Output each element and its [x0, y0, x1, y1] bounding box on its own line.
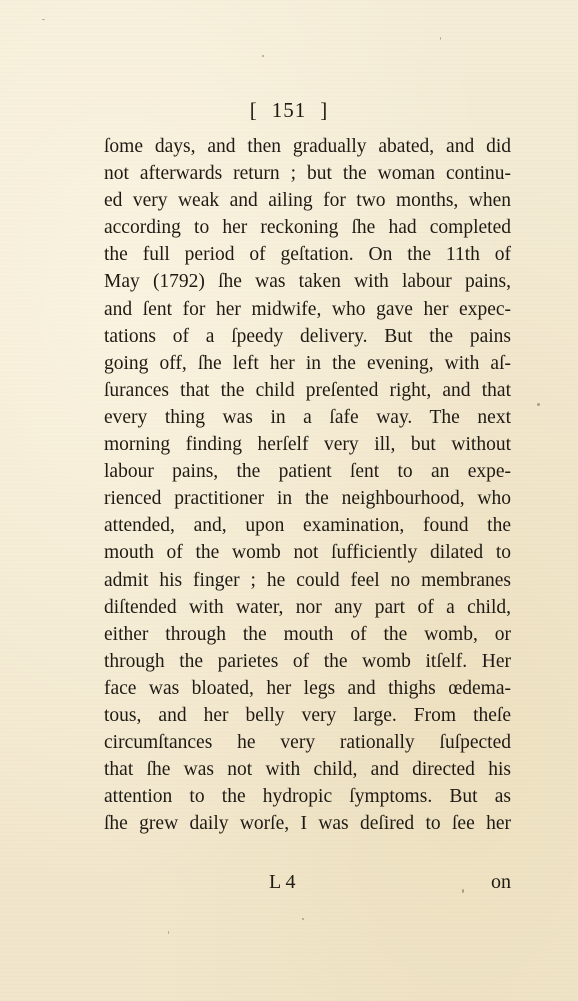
text-line: attention to the hydropic ſymptoms. But … [104, 783, 511, 810]
text-line: the full period of geſtation. On the 11t… [104, 241, 511, 268]
paper-speck [302, 918, 304, 920]
text-line: not afterwards return ; but the woman co… [104, 160, 511, 187]
paper-speck [168, 931, 169, 934]
text-line: ed very weak and ailing for two months, … [104, 187, 511, 214]
bracket-left: [ [250, 98, 258, 123]
text-line: ſome days, and then gradually abated, an… [104, 133, 511, 160]
text-line: and ſent for her midwife, who gave her e… [104, 296, 511, 323]
bracket-right: ] [320, 98, 328, 123]
text-line: rienced practitioner in the neighbourhoo… [104, 485, 511, 512]
text-line: ſurances that the child preſented right,… [104, 377, 511, 404]
text-line: tous, and her belly very large. From the… [104, 702, 511, 729]
text-line: tations of a ſpeedy delivery. But the pa… [104, 323, 511, 350]
text-line: through the parietes of the womb itſelf.… [104, 648, 511, 675]
catchword: on [491, 871, 511, 894]
page-number: 151 [272, 98, 307, 122]
text-line: labour pains, the patient ſent to an exp… [104, 458, 511, 485]
text-line: face was bloated, her legs and thighs œd… [104, 675, 511, 702]
text-line: attended, and, upon examination, found t… [104, 512, 511, 539]
text-line: circumſtances he very rationally ſuſpect… [104, 729, 511, 756]
text-line: according to her reckoning ſhe had compl… [104, 214, 511, 241]
text-line: diſtended with water, nor any part of a … [104, 594, 511, 621]
running-head: [151] [0, 98, 578, 123]
page-footer: L 4 on [104, 871, 511, 899]
paper-speck [262, 55, 264, 57]
paper-speck [440, 37, 441, 40]
text-line: admit his finger ; he could feel no memb… [104, 567, 511, 594]
text-line: ſhe grew daily worſe, I was deſired to ſ… [104, 810, 511, 837]
text-line: May (1792) ſhe was taken with labour pai… [104, 268, 511, 295]
paper-speck [462, 889, 464, 893]
body-text: ſome days, and then gradually abated, an… [104, 133, 511, 837]
text-line: either through the mouth of the womb, or [104, 621, 511, 648]
text-line: going off, ſhe left her in the evening, … [104, 350, 511, 377]
text-line: that ſhe was not with child, and directe… [104, 756, 511, 783]
text-line: every thing was in a ſafe way. The next [104, 404, 511, 431]
text-line: morning finding herſelf very ill, but wi… [104, 431, 511, 458]
text-line: mouth of the womb not ſufficiently dilat… [104, 539, 511, 566]
paper-speck [537, 403, 540, 406]
signature-mark: L 4 [269, 871, 295, 894]
paper-speck [42, 19, 45, 20]
book-page: [151] ſome days, and then gradually abat… [0, 0, 578, 1001]
